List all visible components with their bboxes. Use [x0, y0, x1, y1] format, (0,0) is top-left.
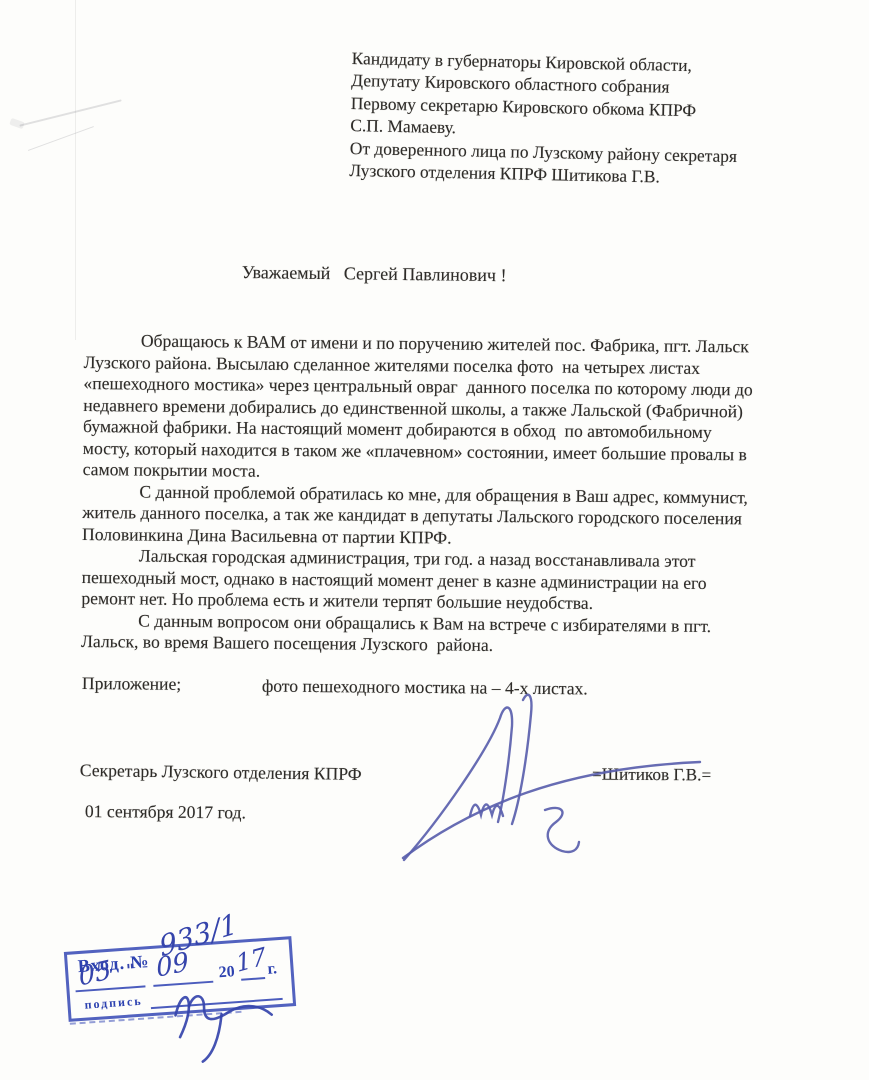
stamp-month-handwritten: 09 — [155, 947, 191, 984]
body-paragraph-2: С данной проблемой обратилась ко мне, дл… — [82, 480, 815, 552]
stamp-year-handwritten: 17 — [234, 942, 268, 978]
incoming-registration-stamp: Вход. № 20 г. подпись 933/1 05 " 09 17 — [64, 936, 296, 1022]
stamp-day-handwritten: 05 — [77, 955, 113, 992]
stamp-year-prefix: 20 — [218, 963, 235, 982]
scanned-letter-page: Кандидату в губернаторы Кировской област… — [0, 0, 869, 1080]
body-paragraph-4: С данным вопросом они обращались к Вам н… — [81, 609, 813, 659]
stamp-signature-label: подпись — [84, 994, 143, 1013]
attachment-label: Приложение; — [82, 673, 181, 694]
signature-date: 01 сентября 2017 год. — [85, 801, 246, 823]
letter-body: Обращаюсь к ВАМ от имени и по поручению … — [81, 330, 816, 660]
signature-role: Секретарь Лузского отделения КПРФ — [80, 760, 362, 785]
stamp-signature-initials — [169, 977, 294, 1065]
scan-smudge-stroke — [9, 118, 25, 129]
scan-smudge-stroke — [28, 126, 94, 151]
scan-fold-line — [75, 0, 76, 340]
scan-smudge — [8, 90, 148, 165]
salutation-line: Уважаемый Сергей Павлинович ! — [242, 262, 507, 286]
scan-smudge-stroke — [19, 99, 121, 126]
recipient-block: Кандидату в губернаторы Кировской област… — [349, 47, 739, 190]
handwritten-signature — [393, 688, 733, 868]
stamp-day-mark: " — [126, 960, 136, 980]
body-paragraph-1: Обращаюсь к ВАМ от имени и по поручению … — [83, 330, 816, 488]
body-paragraph-3: Лальская городская администрация, три го… — [81, 545, 814, 617]
